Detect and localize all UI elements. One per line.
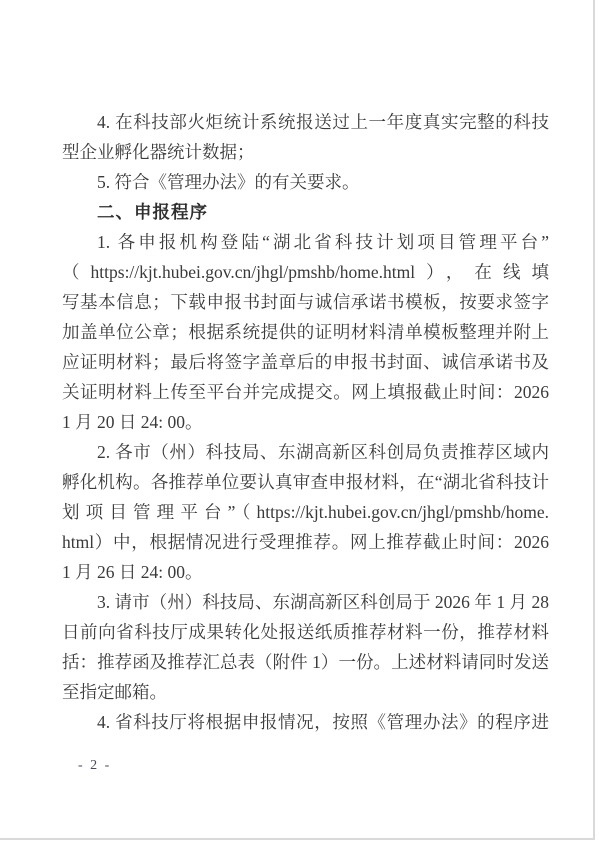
text-line: 日前向省科技厅成果转化处报送纸质推荐材料一份，推荐材料包: [62, 617, 549, 647]
text-line: 4. 省科技厅将根据申报情况，按照《管理办法》的程序进行: [62, 707, 549, 737]
text-line: 加盖单位公章；根据系统提供的证明材料清单模板整理并附上相: [62, 317, 549, 347]
text-line: 至指定邮箱。: [62, 677, 549, 707]
document-body: 4. 在科技部火炬统计系统报送过上一年度真实完整的科技型企业孵化器统计数据；5.…: [62, 107, 549, 737]
text-line: 1 月 20 日 24: 00。: [62, 407, 549, 437]
document-page: 4. 在科技部火炬统计系统报送过上一年度真实完整的科技型企业孵化器统计数据；5.…: [0, 0, 595, 840]
text-line: 1. 各申报机构登陆“湖北省科技计划项目管理平台”: [62, 227, 549, 257]
text-line: 5. 符合《管理办法》的有关要求。: [62, 167, 549, 197]
text-line: 括：推荐函及推荐汇总表（附件 1）一份。上述材料请同时发送: [62, 647, 549, 677]
text-line: html）中，根据情况进行受理推荐。网上推荐截止时间：2026 年: [62, 527, 549, 557]
text-line: 关证明材料上传至平台并完成提交。网上填报截止时间：2026 年: [62, 377, 549, 407]
text-line: 1 月 26 日 24: 00。: [62, 557, 549, 587]
text-line: 3. 请市（州）科技局、东湖高新区科创局于 2026 年 1 月 28: [62, 587, 549, 617]
text-line: 4. 在科技部火炬统计系统报送过上一年度真实完整的科技: [62, 107, 549, 137]
section-heading: 二、申报程序: [62, 197, 549, 227]
text-line: 孵化机构。各推荐单位要认真审查申报材料，在“湖北省科技计: [62, 467, 549, 497]
text-line: 写基本信息；下载申报书封面与诚信承诺书模板，按要求签字并: [62, 287, 549, 317]
text-line: 型企业孵化器统计数据；: [62, 137, 549, 167]
text-line: 2. 各市（州）科技局、东湖高新区科创局负责推荐区域内的: [62, 437, 549, 467]
text-line: （https://kjt.hubei.gov.cn/jhgl/pmshb/hom…: [62, 257, 549, 287]
text-line: 应证明材料；最后将签字盖章后的申报书封面、诚信承诺书及相: [62, 347, 549, 377]
text-line: 划项目管理平台”（https://kjt.hubei.gov.cn/jhgl/p…: [62, 497, 549, 527]
page-number: - 2 -: [78, 758, 111, 774]
